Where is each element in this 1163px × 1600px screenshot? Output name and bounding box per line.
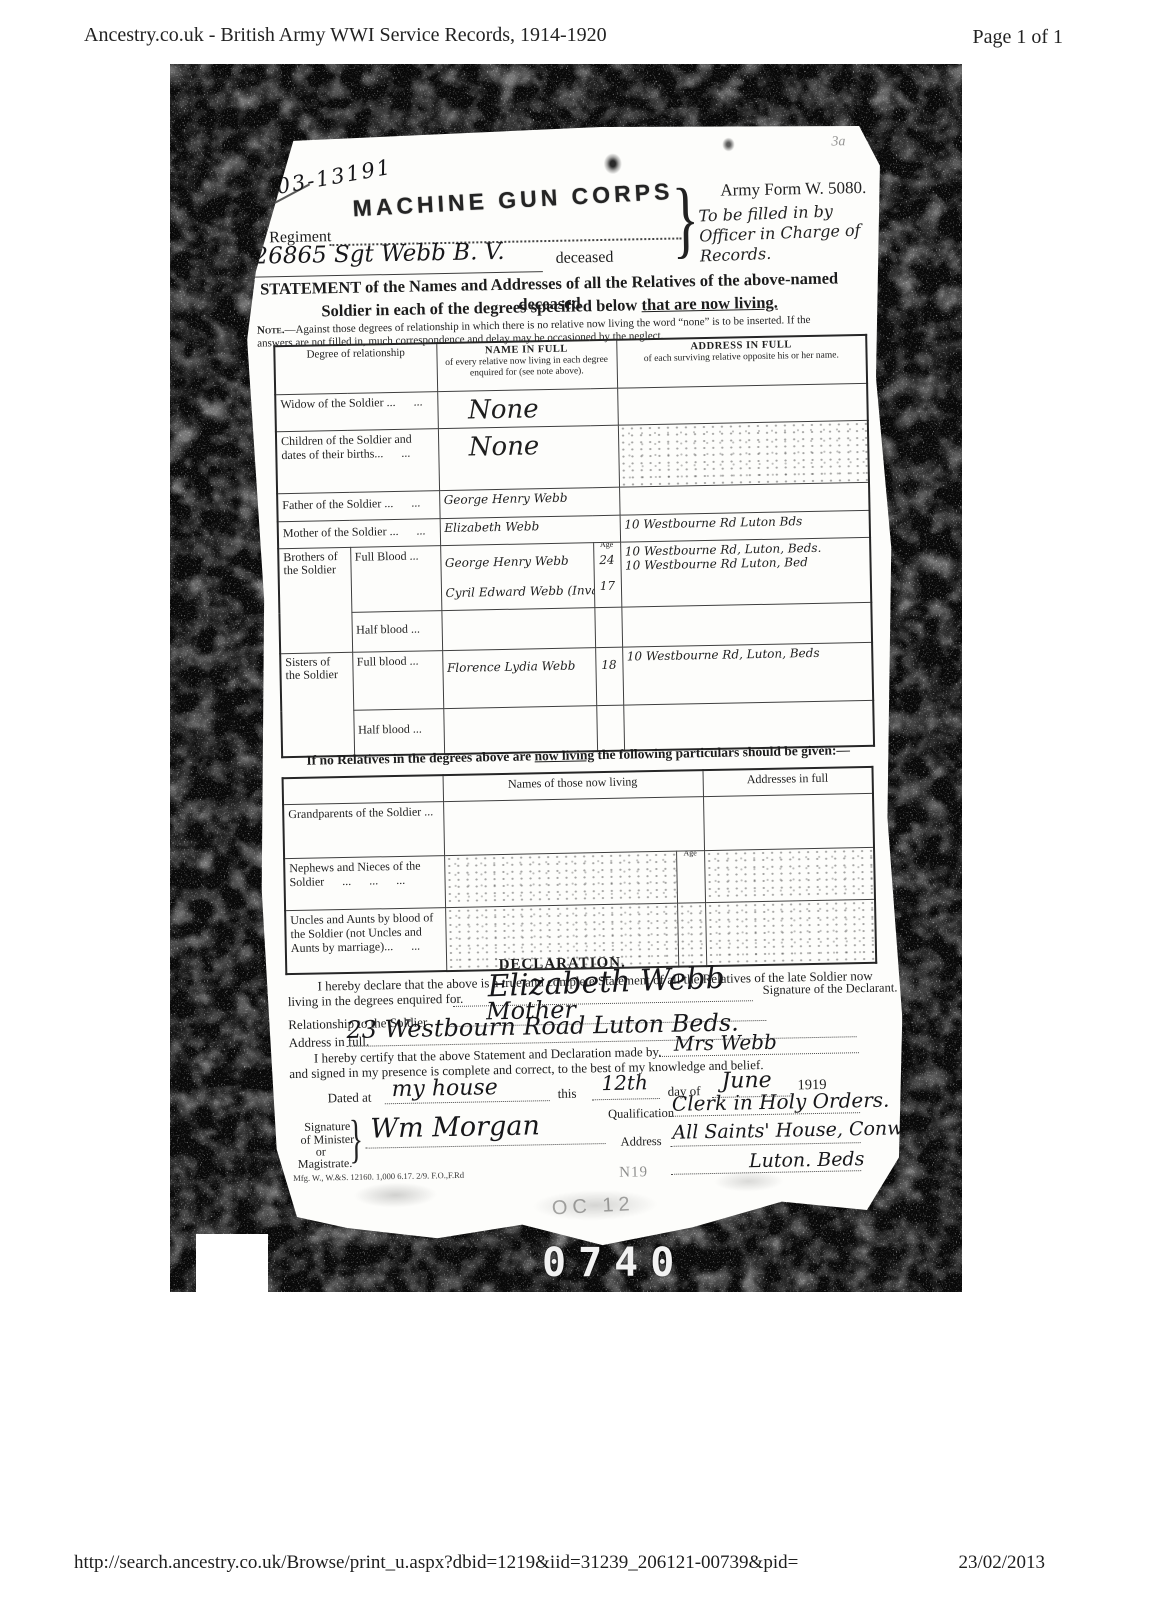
dated-at-label: Dated at [328, 1090, 372, 1107]
signature-of-declarant-label: Signature of the Declarant. [763, 980, 898, 998]
widow-label: Widow of the Soldier ... ... [275, 391, 438, 431]
declaration-body-line2: living in the degrees enquired for. [288, 991, 464, 1010]
nephews-addresses [704, 847, 875, 902]
qualification-label: Qualification [608, 1106, 674, 1122]
grandparents-label: Grandparents of the Soldier ... [283, 801, 444, 858]
brothers-full-names: George Henry Webb Cyril Edward Webb (Inv… [440, 542, 594, 610]
table-row: Children of the Soldier and dates of the… [276, 420, 869, 493]
certify-name: Mrs Webb [674, 1030, 777, 1056]
sisters-group-label: Sisters of the Soldier [280, 652, 354, 757]
no-relatives-title-pre: If no Relatives in the degrees above are [306, 748, 534, 767]
archive-number-stamp: 0740 [542, 1240, 686, 1286]
header-address: ADDRESS IN FULL of each surviving relati… [616, 335, 867, 388]
father-label: Father of the Soldier ... ... [277, 490, 440, 521]
sisters-full-names: Florence Lydia Webb [442, 647, 596, 708]
pencil-corner-mark: 3a [831, 134, 845, 150]
relatives-table: Degree of relationship NAME IN FULL of e… [273, 334, 875, 758]
header-name: NAME IN FULL of every relative now livin… [436, 340, 617, 391]
browser-print-header-title: Ancestry.co.uk - British Army WWI Servic… [84, 24, 607, 47]
brothers-group-label: Brothers of the Soldier [278, 547, 352, 653]
minister-label-line: of Minister [300, 1133, 354, 1146]
mother-label: Mother of the Soldier ... ... [278, 518, 441, 548]
sisters-half-ages [596, 705, 624, 752]
brothers-half-names [441, 607, 595, 650]
father-value: George Henry Webb [439, 487, 620, 518]
brothers-half-label: Half blood ... [351, 610, 442, 652]
norel-header-addresses: Addresses in full [703, 767, 873, 796]
qualification-value: Clerk in Holy Orders. [672, 1088, 890, 1116]
sisters-full-label: Full blood ... [352, 650, 443, 710]
browser-print-footer-date: 23/02/2013 [958, 1552, 1045, 1574]
browser-print-footer-url: http://search.ancestry.co.uk/Browse/prin… [74, 1552, 798, 1574]
norel-header-blank [283, 775, 443, 804]
sisters-half-label: Half blood ... [353, 708, 444, 756]
soldier-service-entry: 26865 Sgt Webb B. V. [253, 239, 505, 270]
officer-fill-note: To be filled in by Officer in Charge of … [698, 201, 861, 267]
print-preview-page: Ancestry.co.uk - British Army WWI Servic… [0, 0, 1163, 1600]
scan-white-notch [196, 1234, 268, 1292]
brothers-half-ages [594, 607, 622, 648]
note-label: Note. [257, 324, 285, 337]
browser-print-page-number: Page 1 of 1 [972, 26, 1063, 49]
statement-line2-underlined: that are now living. [641, 293, 778, 315]
sisters-full-addresses: 10 Westbourne Rd, Luton, Beds [622, 642, 873, 705]
dated-place-value: my house [391, 1075, 498, 1102]
nephews-names [444, 851, 677, 907]
children-value: None [438, 425, 619, 490]
brothers-full-ages: Age 24 17 [593, 542, 621, 608]
minister-signature: Wm Morgan [370, 1110, 540, 1144]
no-relatives-title-underlined: now living [534, 747, 594, 763]
grandparents-addresses [703, 793, 874, 850]
no-relatives-table: Names of those now living Addresses in f… [282, 766, 878, 975]
sisters-full-ages: 18 [595, 647, 623, 706]
minister-address-label: Address [620, 1134, 661, 1150]
minister-brace-decoration: } [349, 1113, 364, 1166]
brothers-full-addresses: 10 Westbourne Rd, Luton, Beds. 10 Westbo… [620, 537, 871, 607]
table-row: Brothers of the Soldier Full Blood ... G… [278, 537, 871, 613]
day-value: 12th [601, 1070, 648, 1095]
children-address [618, 420, 869, 487]
brothers-half-addresses [621, 602, 872, 647]
scanned-document: R/403-13191 3a MACHINE GUN CORPS Army Fo… [170, 64, 962, 1292]
day-line [592, 1098, 660, 1100]
army-form-paper: R/403-13191 3a MACHINE GUN CORPS Army Fo… [201, 117, 913, 1270]
brothers-full-label: Full Blood ... [350, 545, 441, 612]
mother-value: Elizabeth Webb [440, 515, 620, 545]
children-label: Children of the Soldier and dates of the… [276, 428, 439, 493]
widow-value: None [437, 388, 618, 428]
regiment-stamp: MACHINE GUN CORPS [352, 178, 674, 222]
ink-smudge [600, 148, 627, 178]
nephews-label: Nephews and Nieces of the Soldier ... ..… [284, 855, 445, 910]
deceased-label: deceased [555, 249, 613, 268]
army-form-number: Army Form W. 5080. [720, 178, 866, 201]
grandparents-names [443, 796, 704, 855]
nephews-ages: Age [676, 850, 705, 903]
header-degree: Degree of relationship [274, 343, 437, 394]
this-label: this [558, 1086, 577, 1102]
ink-smudge [719, 134, 737, 154]
minister-label-line: Signature [304, 1120, 350, 1133]
widow-address [617, 383, 868, 425]
brace-decoration: } [671, 175, 699, 261]
